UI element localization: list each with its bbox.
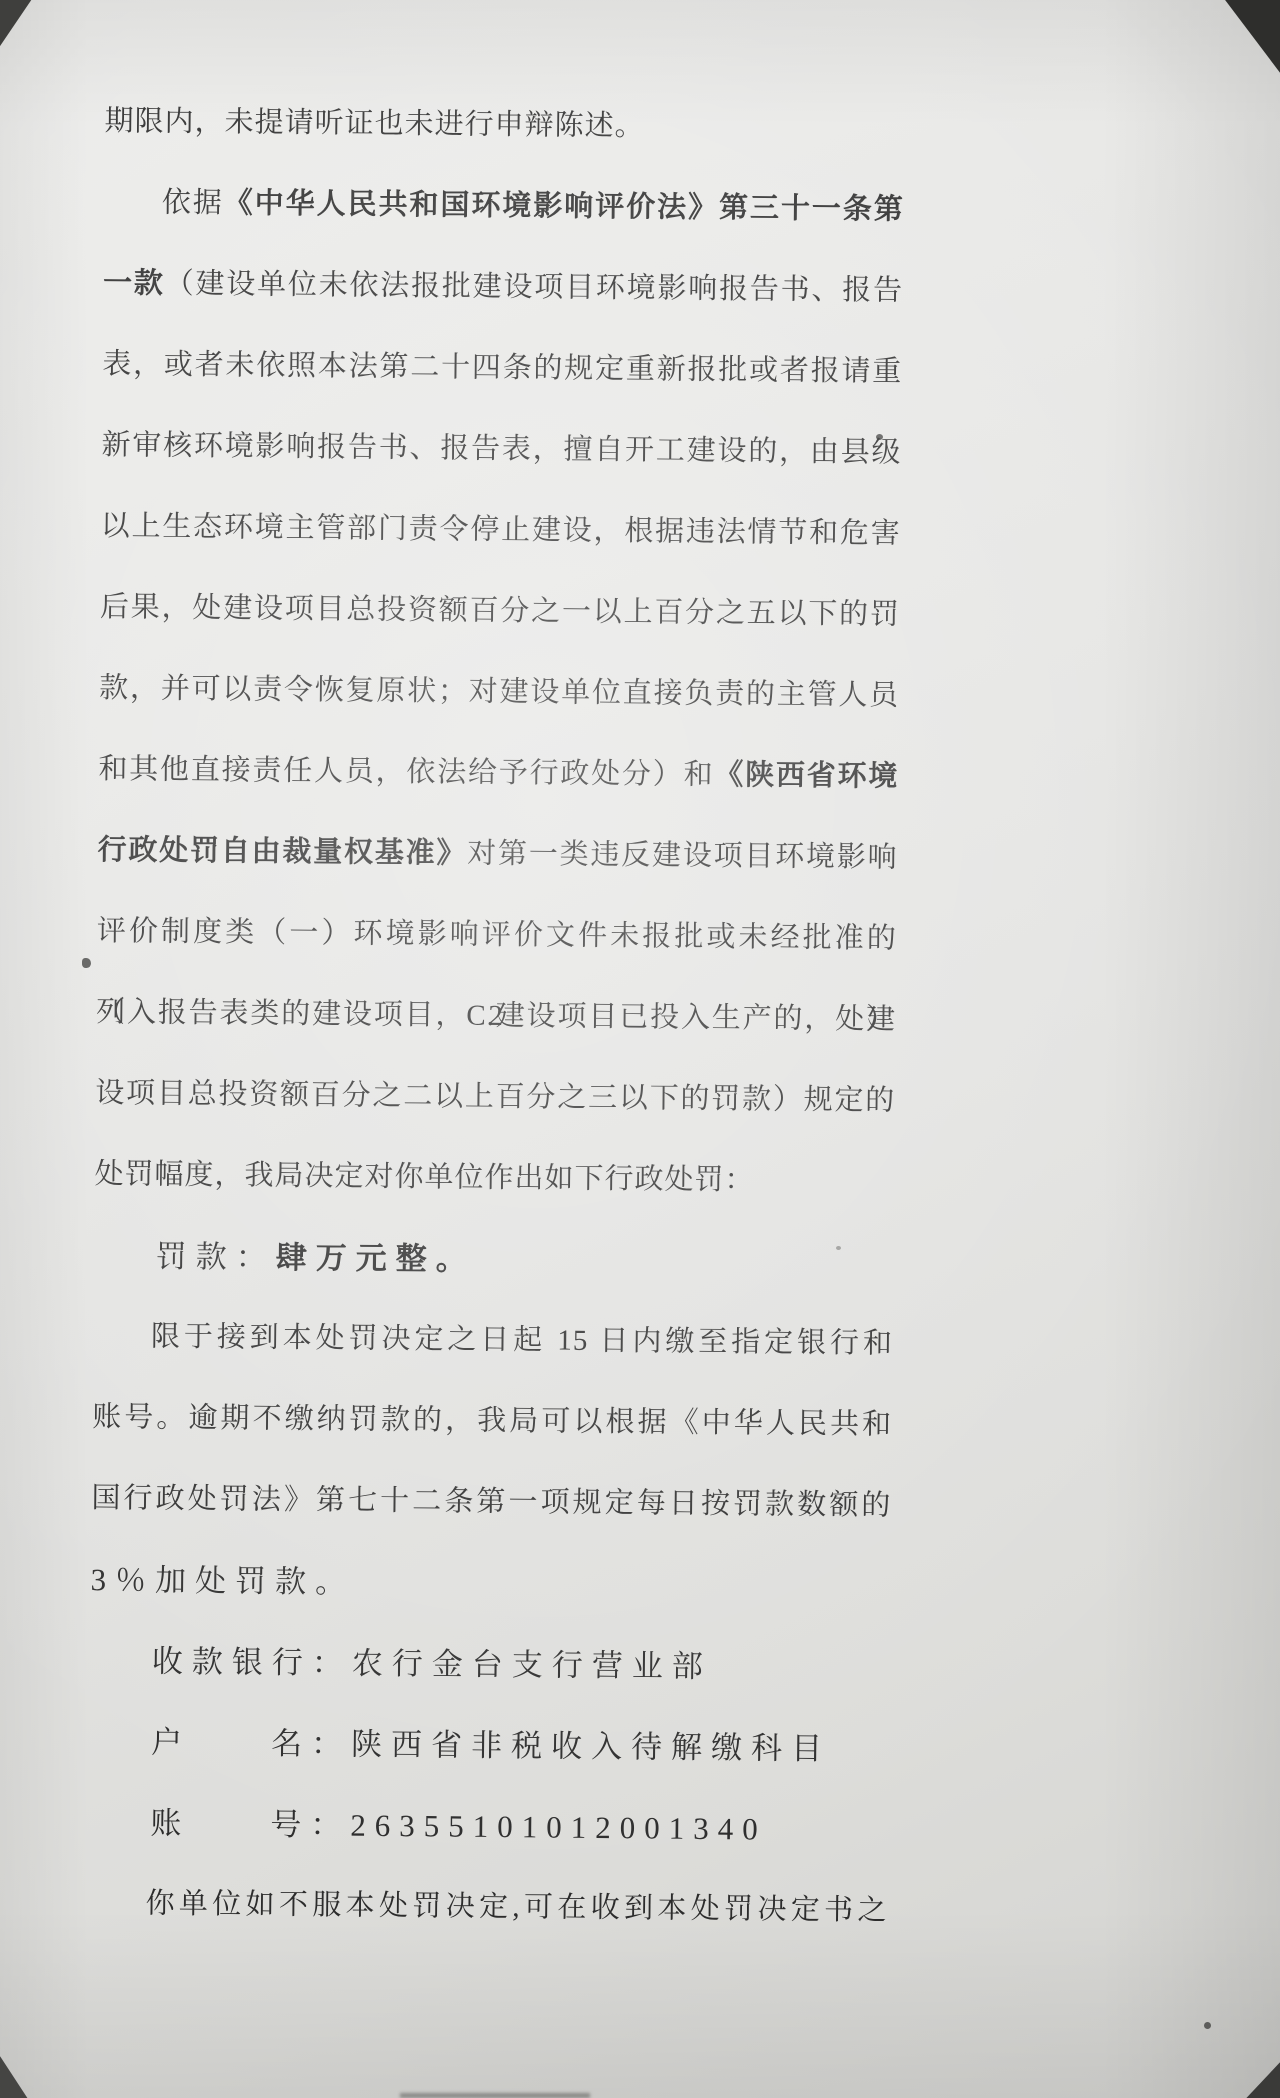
scan-corner-bottom-right xyxy=(1240,2058,1280,2098)
text-line-10: 行政处罚自由裁量权基准》对第一类违反建设项目环境影响 xyxy=(97,810,898,899)
bold-citation-text: 《中华人民共和国环境影响评价法》第三十一条第 xyxy=(224,187,904,226)
text-line-2: 依据《中华人民共和国环境影响评价法》第三十一条第 xyxy=(103,162,904,251)
body-text: 你单位如不服本处罚决定,可在收到本处罚决定书之 xyxy=(145,1888,887,1927)
text-line-18: 国行政处罚法》第七十二条第一项规定每日按罚款数额的 xyxy=(91,1458,892,1547)
body-text: （建设单位未依法报批建设项目环境影响报告书、报告 xyxy=(165,268,904,307)
body-text: 处罚幅度，我局决定对你单位作出如下行政处罚： xyxy=(94,1158,754,1196)
text-line-20: 收款银行：农行金台支行营业部 xyxy=(89,1620,890,1709)
text-line-4: 表，或者未依照本法第二十四条的规定重新报批或者报请重 xyxy=(102,324,903,413)
text-line-17: 账号。逾期不缴纳罚款的，我局可以根据《中华人民共和 xyxy=(92,1377,893,1466)
document-photo: 期限内，未提请听证也未进行申辩陈述。依据《中华人民共和国环境影响评价法》第三十一… xyxy=(0,0,1280,2098)
bold-citation-text: 肆万元整。 xyxy=(276,1240,476,1277)
body-text: 后果，处建设项目总投资额百分之一以上百分之五以下的罚 xyxy=(100,591,900,631)
body-text: 设项目总投资额百分之二以上百分之三以下的罚款）规定的 xyxy=(95,1077,895,1117)
body-text: 款，并可以责令恢复原状；对建设单位直接负责的主管人员 xyxy=(99,672,899,712)
body-text: 依据 xyxy=(162,187,224,220)
text-line-6: 以上生态环境主管部门责令停止建设，根据违法情节和危害 xyxy=(100,486,901,575)
bold-citation-text: 《陕西省环境 xyxy=(714,759,898,793)
bold-citation-text: 行政处罚自由裁量权基准》 xyxy=(97,834,467,870)
body-text: 国行政处罚法》第七十二条第一项规定每日按罚款数额的 xyxy=(91,1482,891,1522)
body-text: 期限内，未提请听证也未进行申辩陈述。 xyxy=(104,105,644,142)
body-text: 对第一类违反建设项目环境影响 xyxy=(467,838,898,874)
body-text: 收款银行：农行金台支行营业部 xyxy=(152,1644,712,1684)
body-text: 3％加处罚款。 xyxy=(90,1562,355,1600)
text-line-1: 期限内，未提请听证也未进行申辩陈述。 xyxy=(104,81,905,170)
text-line-16: 限于接到本处罚决定之日起 15 日内缴至指定银行和 xyxy=(93,1296,894,1385)
bold-citation-text: 一款 xyxy=(103,267,165,300)
body-text: 以上生态环境主管部门责令停止建设，根据违法情节和危害 xyxy=(101,510,901,550)
text-line-8: 款，并可以责令恢复原状；对建设单位直接负责的主管人员 xyxy=(99,648,900,737)
body-text: 限于接到本处罚决定之日起 15 日内缴至指定银行和 xyxy=(151,1321,893,1360)
text-line-23: 你单位如不服本处罚决定,可在收到本处罚决定书之 xyxy=(87,1863,888,1952)
text-line-19: 3％加处罚款。 xyxy=(90,1539,891,1628)
text-line-22: 账 号：26355101012001340 xyxy=(88,1782,889,1871)
text-line-15: 罚款：肆万元整。 xyxy=(93,1215,894,1304)
scan-edge-shadow xyxy=(400,2093,590,2098)
body-text: 户 名：陕西省非税收入待解缴科目 xyxy=(151,1725,831,1767)
scan-corner-bottom-left xyxy=(0,2050,30,2098)
text-line-21: 户 名：陕西省非税收入待解缴科目 xyxy=(89,1701,890,1790)
body-text: 罚款： xyxy=(156,1239,276,1275)
scan-corner-top-left xyxy=(0,0,34,52)
scan-speck xyxy=(82,958,91,968)
body-text: 账 号：26355101012001340 xyxy=(150,1806,767,1847)
body-text: 账号。逾期不缴纳罚款的，我局可以根据《中华人民共和 xyxy=(92,1401,892,1441)
body-text: 新审核环境影响报告书、报告表，擅自开工建设的，由县级 xyxy=(101,429,901,469)
body-text: 列入报告表类的建设项目，C.建设项目已投入生产的，处建 xyxy=(96,996,896,1036)
text-line-7: 后果，处建设项目总投资额百分之一以上百分之五以下的罚 xyxy=(100,567,901,656)
text-line-11: 评价制度类（一）环境影响评价文件未报批或未经批准的（2） xyxy=(96,891,897,980)
document-text-block: 期限内，未提请听证也未进行申辩陈述。依据《中华人民共和国环境影响评价法》第三十一… xyxy=(87,81,905,1952)
text-line-3: 一款（建设单位未依法报批建设项目环境影响报告书、报告 xyxy=(103,243,904,332)
text-line-12: 列入报告表类的建设项目，C.建设项目已投入生产的，处建 xyxy=(96,972,897,1061)
text-line-9: 和其他直接责任人员，依法给予行政处分）和《陕西省环境 xyxy=(98,729,899,818)
scan-corner-top-right xyxy=(1212,0,1280,78)
scan-speck xyxy=(1204,2022,1211,2029)
text-line-14: 处罚幅度，我局决定对你单位作出如下行政处罚： xyxy=(94,1134,895,1223)
text-line-5: 新审核环境影响报告书、报告表，擅自开工建设的，由县级 xyxy=(101,405,902,494)
text-line-13: 设项目总投资额百分之二以上百分之三以下的罚款）规定的 xyxy=(95,1053,896,1142)
body-text: 和其他直接责任人员，依法给予行政处分）和 xyxy=(98,753,714,791)
body-text: 表，或者未依照本法第二十四条的规定重新报批或者报请重 xyxy=(102,348,902,388)
